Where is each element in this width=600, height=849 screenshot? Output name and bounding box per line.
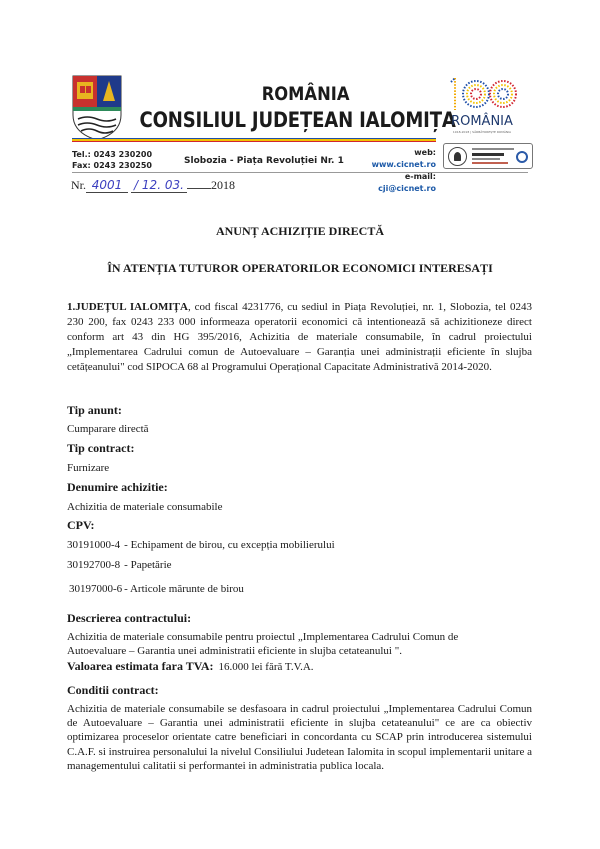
iso-certification-badge-icon <box>443 143 533 169</box>
descriere-label: Descrierea contractului: <box>67 611 191 626</box>
valoare-value: 16.000 lei fără T.V.A. <box>219 661 314 673</box>
centenary-logo-subtitle: 1918-2018 | SĂRBĂTOREȘTE ROMÂNIA <box>443 130 521 134</box>
intro-paragraph: 1.JUDEȚUL IALOMIȚA, cod fiscal 4231776, … <box>67 300 532 375</box>
denumire-label: Denumire achizitie: <box>67 480 168 495</box>
conditii-value: Achizitia de materiale consumabile se de… <box>67 702 532 773</box>
valoare-row: Valoarea estimata fara TVA:16.000 lei fă… <box>67 659 314 674</box>
tip-anunt-value: Cumparare directă <box>67 423 149 435</box>
certification-seal-icon <box>448 147 467 166</box>
tip-contract-label: Tip contract: <box>67 441 134 456</box>
tip-contract-value: Furnizare <box>67 462 109 474</box>
certification-ring-icon <box>516 151 528 163</box>
registration-prefix: Nr. <box>71 178 86 192</box>
tip-anunt-label: Tip anunt: <box>67 403 122 418</box>
email-label: e-mail: <box>405 172 436 181</box>
phone-fax-block: Tel.: 0243 230200 Fax: 0243 230250 <box>72 149 152 171</box>
web-link[interactable]: www.cicnet.ro <box>372 160 436 169</box>
descriere-value: Achizitia de materiale consumabile pentr… <box>67 630 497 658</box>
document-subtitle: ÎN ATENȚIA TUTUROR OPERATORILOR ECONOMIC… <box>0 261 600 276</box>
fax-number: Fax: 0243 230250 <box>72 160 152 171</box>
registration-handwritten-date: / 12. 03. <box>131 179 187 193</box>
header-divider <box>72 172 528 173</box>
web-label: web: <box>414 148 436 157</box>
web-email-block: web: www.cicnet.ro e-mail: cji@cicnet.ro <box>352 147 436 195</box>
valoare-label: Valoarea estimata fara TVA: <box>67 659 214 673</box>
cpv-item: 30197000-6- Articole mărunte de birou <box>69 583 244 595</box>
registration-blank <box>187 188 211 189</box>
tricolor-rule <box>72 138 436 142</box>
address: Slobozia - Piața Revoluției Nr. 1 <box>184 156 344 166</box>
document-title: ANUNȚ ACHIZIȚIE DIRECTĂ <box>0 224 600 239</box>
registration-number: Nr.4001 / 12. 03.2018 <box>71 178 235 193</box>
cpv-item: 30192700-8- Papetărie <box>67 559 172 571</box>
cpv-label: CPV: <box>67 518 95 533</box>
email-link[interactable]: cji@cicnet.ro <box>378 184 436 193</box>
intro-entity-name: 1.JUDEȚUL IALOMIȚA <box>67 301 188 313</box>
denumire-value: Achizitia de materiale consumabile <box>67 501 222 513</box>
centenary-logo-word: ROMÂNIA <box>443 114 521 129</box>
conditii-label: Conditii contract: <box>67 683 159 698</box>
registration-handwritten-number: 4001 <box>86 179 128 193</box>
cpv-item: 30191000-4- Echipament de birou, cu exce… <box>67 539 335 551</box>
phone-number: Tel.: 0243 230200 <box>72 149 152 160</box>
registration-year: 2018 <box>211 178 235 192</box>
